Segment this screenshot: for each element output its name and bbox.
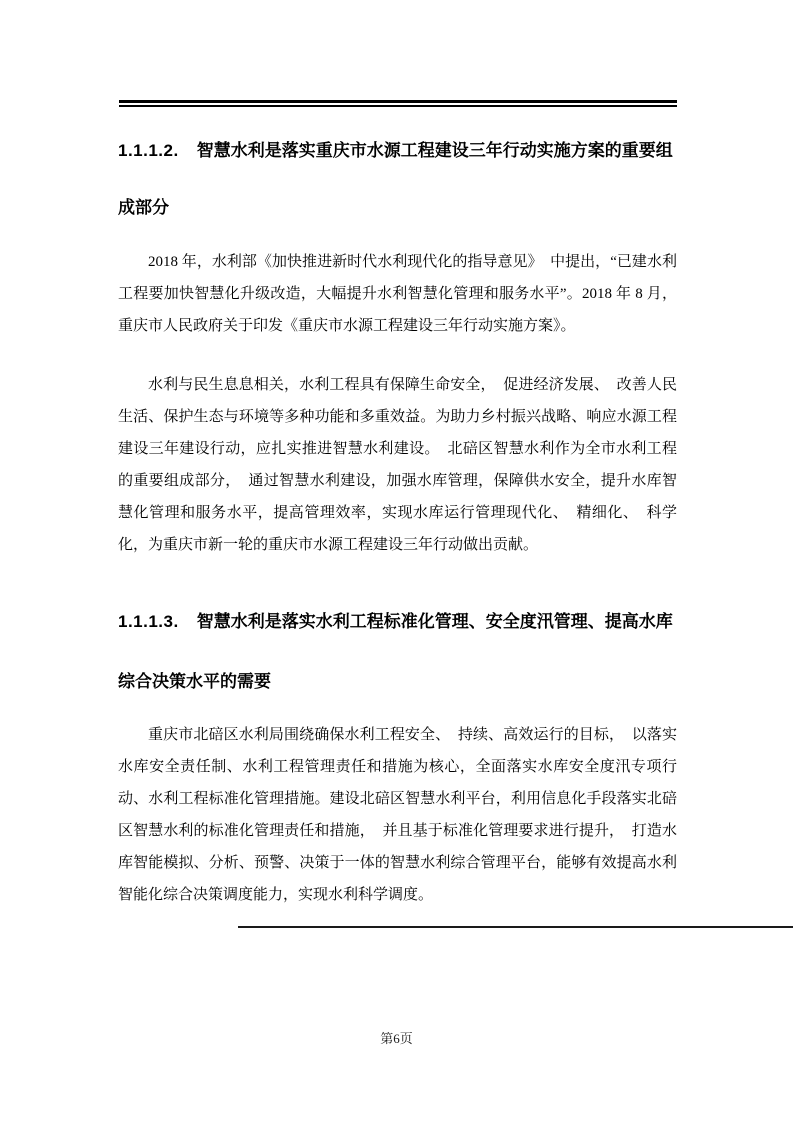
footer-rule <box>238 926 793 928</box>
heading-1-1-1-2-number: 1.1.1.2. <box>118 141 179 160</box>
paragraph-1: 2018 年，水利部《加快推进新时代水利现代化的指导意见》 中提出，“已建水利工… <box>118 246 677 342</box>
heading-1-1-1-3-number: 1.1.1.3. <box>118 612 179 631</box>
paragraph-2: 水利与民生息息相关，水利工程具有保障生命安全， 促进经济发展、 改善人民生活、保… <box>118 369 677 561</box>
header-rule <box>119 100 677 107</box>
page-number: 第6页 <box>0 1028 793 1047</box>
document-page: 1.1.1.2.智慧水利是落实重庆市水源工程建设三年行动实施方案的重要组成部分 … <box>0 0 793 1122</box>
heading-1-1-1-3: 1.1.1.3.智慧水利是落实水利工程标准化管理、安全度汛管理、提高水库综合决策… <box>118 592 680 712</box>
heading-1-1-1-2-title: 智慧水利是落实重庆市水源工程建设三年行动实施方案的重要组成部分 <box>118 141 673 217</box>
paragraph-3: 重庆市北碚区水利局围绕确保水利工程安全、 持续、高效运行的目标， 以落实水库安全… <box>118 719 677 911</box>
heading-1-1-1-3-title: 智慧水利是落实水利工程标准化管理、安全度汛管理、提高水库综合决策水平的需要 <box>118 612 673 691</box>
heading-1-1-1-2: 1.1.1.2.智慧水利是落实重庆市水源工程建设三年行动实施方案的重要组成部分 <box>118 122 680 236</box>
